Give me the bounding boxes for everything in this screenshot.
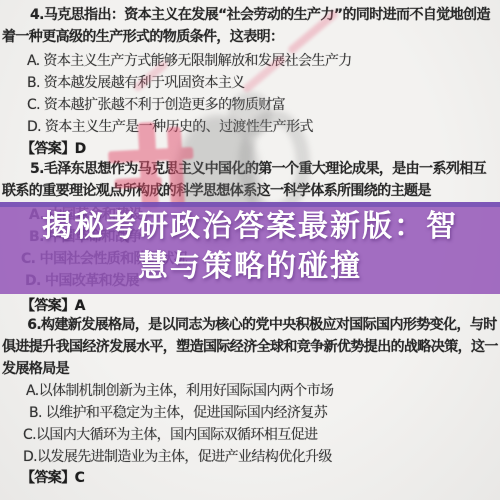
question-6-option-a: A.以体制机制创新为主体，利用好国际国内两个市场 [26, 380, 333, 402]
question-4-option-b: B. 资本越发展越有利于巩固资本主义 [27, 72, 245, 94]
question-stem-4: 4.马克思指出：资本主义在发展“社会劳动的生产力”的同时进而不自觉地创造着一种更… [2, 4, 498, 48]
question-stem-5: 5.毛泽东思想作为马克思主义中国化的第一个重大理论成果，是由一系列相互联系的重要… [2, 158, 498, 202]
question-6-answer: 【答案】C [21, 467, 84, 489]
question-6-option-c: C.以国内大循环为主体，国内国际双循环相互促进 [23, 424, 317, 446]
question-4-option-d: D. 资本主义生产是一种历史的、过渡性生产形式 [27, 116, 313, 138]
question-4-option-c: C. 资本越扩张越不利于创造更多的物质财富 [27, 94, 285, 116]
question-6-option-b: B. 以维护和平稳定为主体，促进国际国内经济复苏 [29, 402, 327, 424]
promo-banner-headline: 揭秘考研政治答案最新版：智慧与策略的碰撞 [0, 207, 500, 287]
promo-banner-overlay: 揭秘考研政治答案最新版：智慧与策略的碰撞 [0, 202, 500, 294]
question-stem-6: 6.构建新发展格局，是以同志为核心的党中央积极应对国际国内形势变化，与时俱进提升… [2, 314, 498, 380]
question-6-option-d: D.以发展先进制造业为主体，促进产业结构优化升级 [23, 446, 332, 468]
headline-line-1: 揭秘考研政治答案最新版：智 [42, 209, 458, 244]
document-page: 4.马克思指出：资本主义在发展“社会劳动的生产力”的同时进而不自觉地创造着一种更… [0, 0, 500, 500]
question-4-answer: 【答案】D [21, 138, 86, 160]
headline-line-2: 慧与策略的碰撞 [138, 249, 362, 284]
question-4-option-a: A. 资本主义生产方式能够无限制解放和发展社会生产力 [27, 50, 352, 72]
